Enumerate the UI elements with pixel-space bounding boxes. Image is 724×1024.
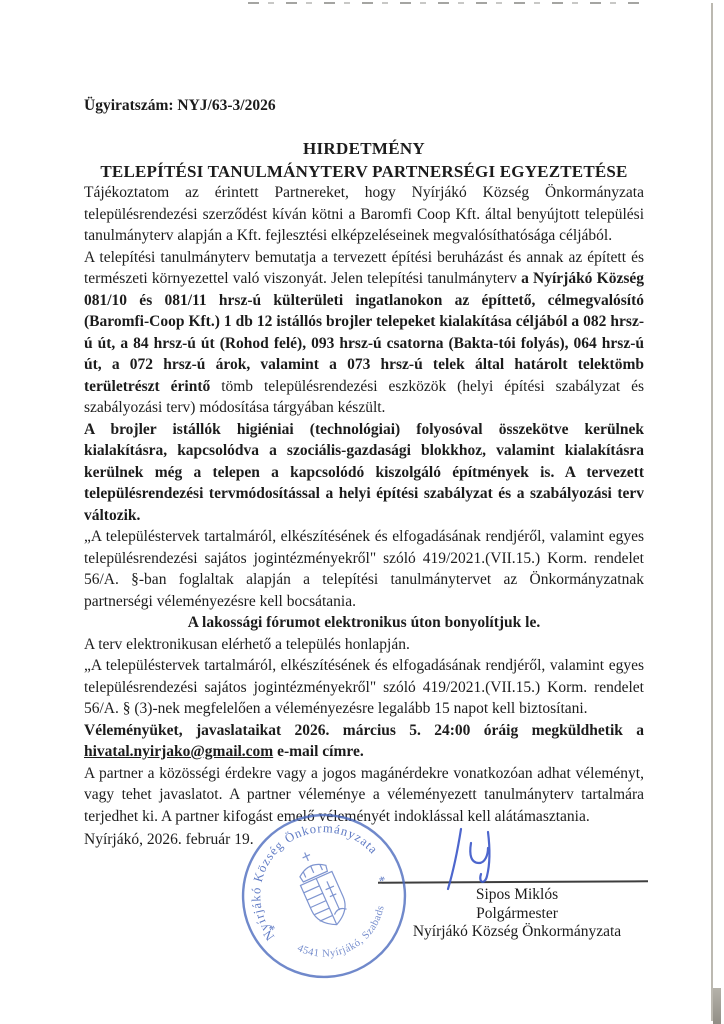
scanned-document-page: { "document": { "case_number": "Ügyirats…	[0, 0, 724, 1024]
paragraph-forum-notice: A lakossági fórumot elektronikus úton bo…	[84, 612, 644, 634]
paragraph-study-plan-bold: a Nyírjákó Község 081/10 és 081/11 hrsz-…	[84, 270, 644, 395]
email-address: hivatal.nyirjako@gmail.com	[84, 743, 273, 760]
document-title-block: HIRDETMÉNY TELEPÍTÉSI TANULMÁNYTERV PART…	[84, 139, 644, 182]
paragraph-broiler-details: A brojler istállók higiéniai (technológi…	[84, 419, 644, 527]
scan-artifact-corner	[713, 988, 721, 1024]
signature-line	[378, 880, 648, 883]
stamp-coat-of-arms	[289, 846, 353, 932]
paragraph-regulation-1: „A településtervek tartalmáról, elkészít…	[84, 526, 644, 612]
signature-ink	[440, 826, 504, 892]
signatory-organization: Nyírjákó Község Önkormányzata	[383, 923, 651, 942]
handwritten-signature	[440, 826, 504, 892]
document-title: HIRDETMÉNY	[84, 139, 644, 159]
document-subtitle: TELEPÍTÉSI TANULMÁNYTERV PARTNERSÉGI EGY…	[84, 162, 644, 182]
document-body: Ügyiratszám: NYJ/63-3/2026 HIRDETMÉNY TE…	[84, 0, 644, 827]
paragraph-intro: Tájékoztatom az érintett Partnereket, ho…	[84, 182, 644, 247]
paragraph-study-plan: A telepítési tanulmányterv bemutatja a t…	[84, 247, 644, 419]
signature-block: Sipos Miklós Polgármester Nyírjákó Közsé…	[383, 886, 651, 942]
paragraph-deadline: Véleményüket, javaslataikat 2026. márciu…	[84, 720, 644, 763]
signatory-name: Sipos Miklós	[383, 886, 651, 905]
case-number: Ügyiratszám: NYJ/63-3/2026	[84, 97, 644, 115]
signatory-title: Polgármester	[383, 905, 651, 924]
deadline-text-2: e-mail címre.	[273, 743, 364, 760]
deadline-text-1: Véleményüket, javaslataikat 2026. márciu…	[84, 722, 644, 739]
scan-artifact-right-edge	[711, 3, 713, 1021]
paragraph-regulation-2: „A településtervek tartalmáról, elkészít…	[84, 655, 644, 720]
paragraph-online-availability: A terv elektronikusan elérhető a települ…	[84, 634, 644, 656]
